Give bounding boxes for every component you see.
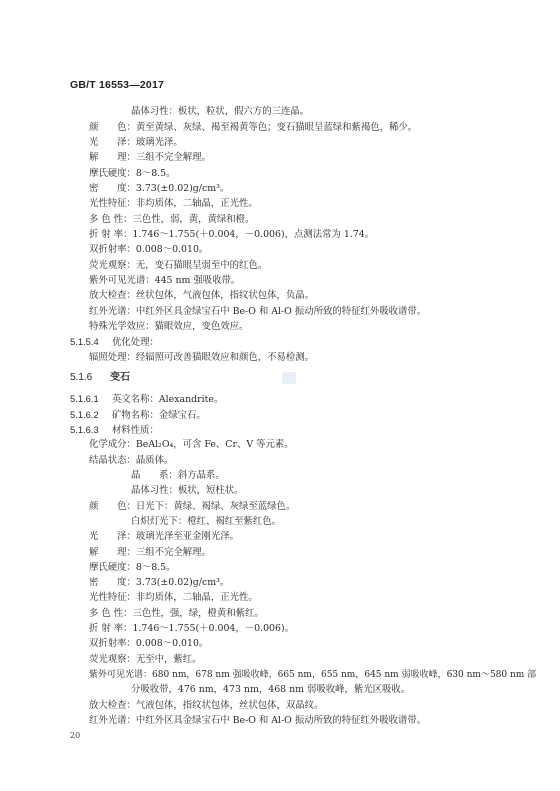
chemical-composition: 化学成分：BeAl₂O₄，可含 Fe、Cr、V 等元素。 (89, 439, 294, 451)
pleochroism: 多 色 性：三色性，弱，黄，黄绿和橙。 (89, 214, 254, 226)
refractive-index-alexandrite: 折 射 率：1.746～1.755(＋0.004，－0.006)。 (89, 623, 294, 635)
color-incandescent: 白炽灯光下：橙红、褐红至紫红色。 (131, 516, 281, 528)
section-title: 变石 (110, 372, 130, 383)
cleavage: 解 理：三组不完全解理。 (89, 152, 211, 164)
section-number: 5.1.6.3 (70, 424, 112, 436)
section-5154-heading: 5.1.5.4优化处理： (70, 336, 159, 349)
fluorescence-alexandrite: 荧光观察：无至中，紫红。 (89, 654, 202, 666)
birefringence: 双折射率：0.008～0.010。 (89, 244, 208, 256)
standard-header: GB/T 16553—2017 (70, 79, 164, 91)
pleochroism-alexandrite: 多 色 性：三色性，强，绿，橙黄和紫红。 (89, 608, 264, 620)
watermark-icon (282, 372, 296, 384)
color: 颜 色：黄至黄绿、灰绿、褐至褐黄等色；变石猫眼呈蓝绿和紫褐色，稀少。 (89, 122, 417, 134)
luster-alexandrite: 光 泽：玻璃光泽至亚金刚光泽。 (89, 531, 239, 543)
density-alexandrite: 密 度：3.73(±0.02)g/cm³。 (89, 577, 229, 589)
cleavage-alexandrite: 解 理：三组不完全解理。 (89, 547, 211, 559)
section-number: 5.1.5.4 (70, 336, 112, 348)
crystal-habit: 晶体习性：板状，粒状，假六方的三连晶。 (131, 106, 309, 118)
magnification: 放大检查：丝状包体，气液包体，指纹状包体，负晶。 (89, 290, 314, 302)
section-number: 5.1.6 (70, 372, 110, 384)
hardness-alexandrite: 摩氏硬度：8～8.5。 (89, 562, 176, 574)
crystal-system: 晶 系：斜方晶系。 (131, 470, 225, 482)
document-page: GB/T 16553—2017 晶体习性：板状，粒状，假六方的三连晶。 颜 色：… (0, 0, 560, 791)
english-name: 英文名称：Alexandrite。 (112, 394, 223, 405)
special-optical-effect: 特殊光学效应：猫眼效应，变色效应。 (89, 321, 248, 333)
mineral-name: 矿物名称：金绿宝石。 (112, 410, 206, 421)
magnification-alexandrite: 放大检查：气液包体，指纹状包体，丝状包体，双晶纹。 (89, 700, 323, 712)
crystal-habit-alexandrite: 晶体习性：板状，短柱状。 (131, 485, 244, 497)
section-516-heading: 5.1.6变石 (70, 372, 130, 384)
ir-spectrum: 红外光谱：中红外区具金绿宝石中 Be-O 和 Al-O 振动所致的特征红外吸收谱… (89, 306, 426, 318)
color-daylight: 颜 色：日光下：黄绿、褐绿、灰绿至蓝绿色。 (89, 501, 295, 513)
density: 密 度：3.73(±0.02)g/cm³。 (89, 183, 229, 195)
uv-vis-spectrum: 紫外可见光谱：445 nm 强吸收带。 (89, 275, 240, 287)
section-title: 优化处理： (112, 337, 159, 348)
section-number: 5.1.6.1 (70, 393, 112, 405)
fluorescence: 荧光观察：无，变石猫眼呈弱至中的红色。 (89, 260, 267, 272)
section-5162: 5.1.6.2矿物名称：金绿宝石。 (70, 409, 206, 422)
luster: 光 泽：玻璃光泽。 (89, 137, 183, 149)
optical-character-alexandrite: 光性特征：非均质体，二轴晶，正光性。 (89, 592, 258, 604)
section-number: 5.1.6.2 (70, 409, 112, 421)
hardness: 摩氏硬度：8～8.5。 (89, 168, 176, 180)
section-5161: 5.1.6.1英文名称：Alexandrite。 (70, 393, 223, 406)
material-properties-label: 材料性质： (112, 425, 159, 436)
optical-character: 光性特征：非均质体，二轴晶，正光性。 (89, 198, 258, 210)
ir-spectrum-alexandrite: 红外光谱：中红外区具金绿宝石中 Be-O 和 Al-O 振动所致的特征红外吸收谱… (89, 715, 426, 727)
birefringence-alexandrite: 双折射率：0.008～0.010。 (89, 638, 208, 650)
refractive-index: 折 射 率：1.746～1.755(＋0.004，－0.006)，点测法常为 1… (89, 229, 374, 241)
uv-vis-spectrum-alexandrite-1: 紫外可见光谱：680 nm，678 nm 强吸收峰，665 nm，655 nm，… (89, 669, 536, 681)
page-number: 20 (70, 731, 80, 740)
section-5163: 5.1.6.3材料性质： (70, 424, 159, 437)
uv-vis-spectrum-alexandrite-2: 分吸收带，476 nm，473 nm，468 nm 弱吸收峰，紫光区吸收。 (131, 684, 410, 696)
irradiation-treatment: 辐照处理：经辐照可改善猫眼效应和颜色，不易检测。 (89, 352, 314, 364)
crystal-state: 结晶状态：晶质体。 (89, 455, 173, 467)
